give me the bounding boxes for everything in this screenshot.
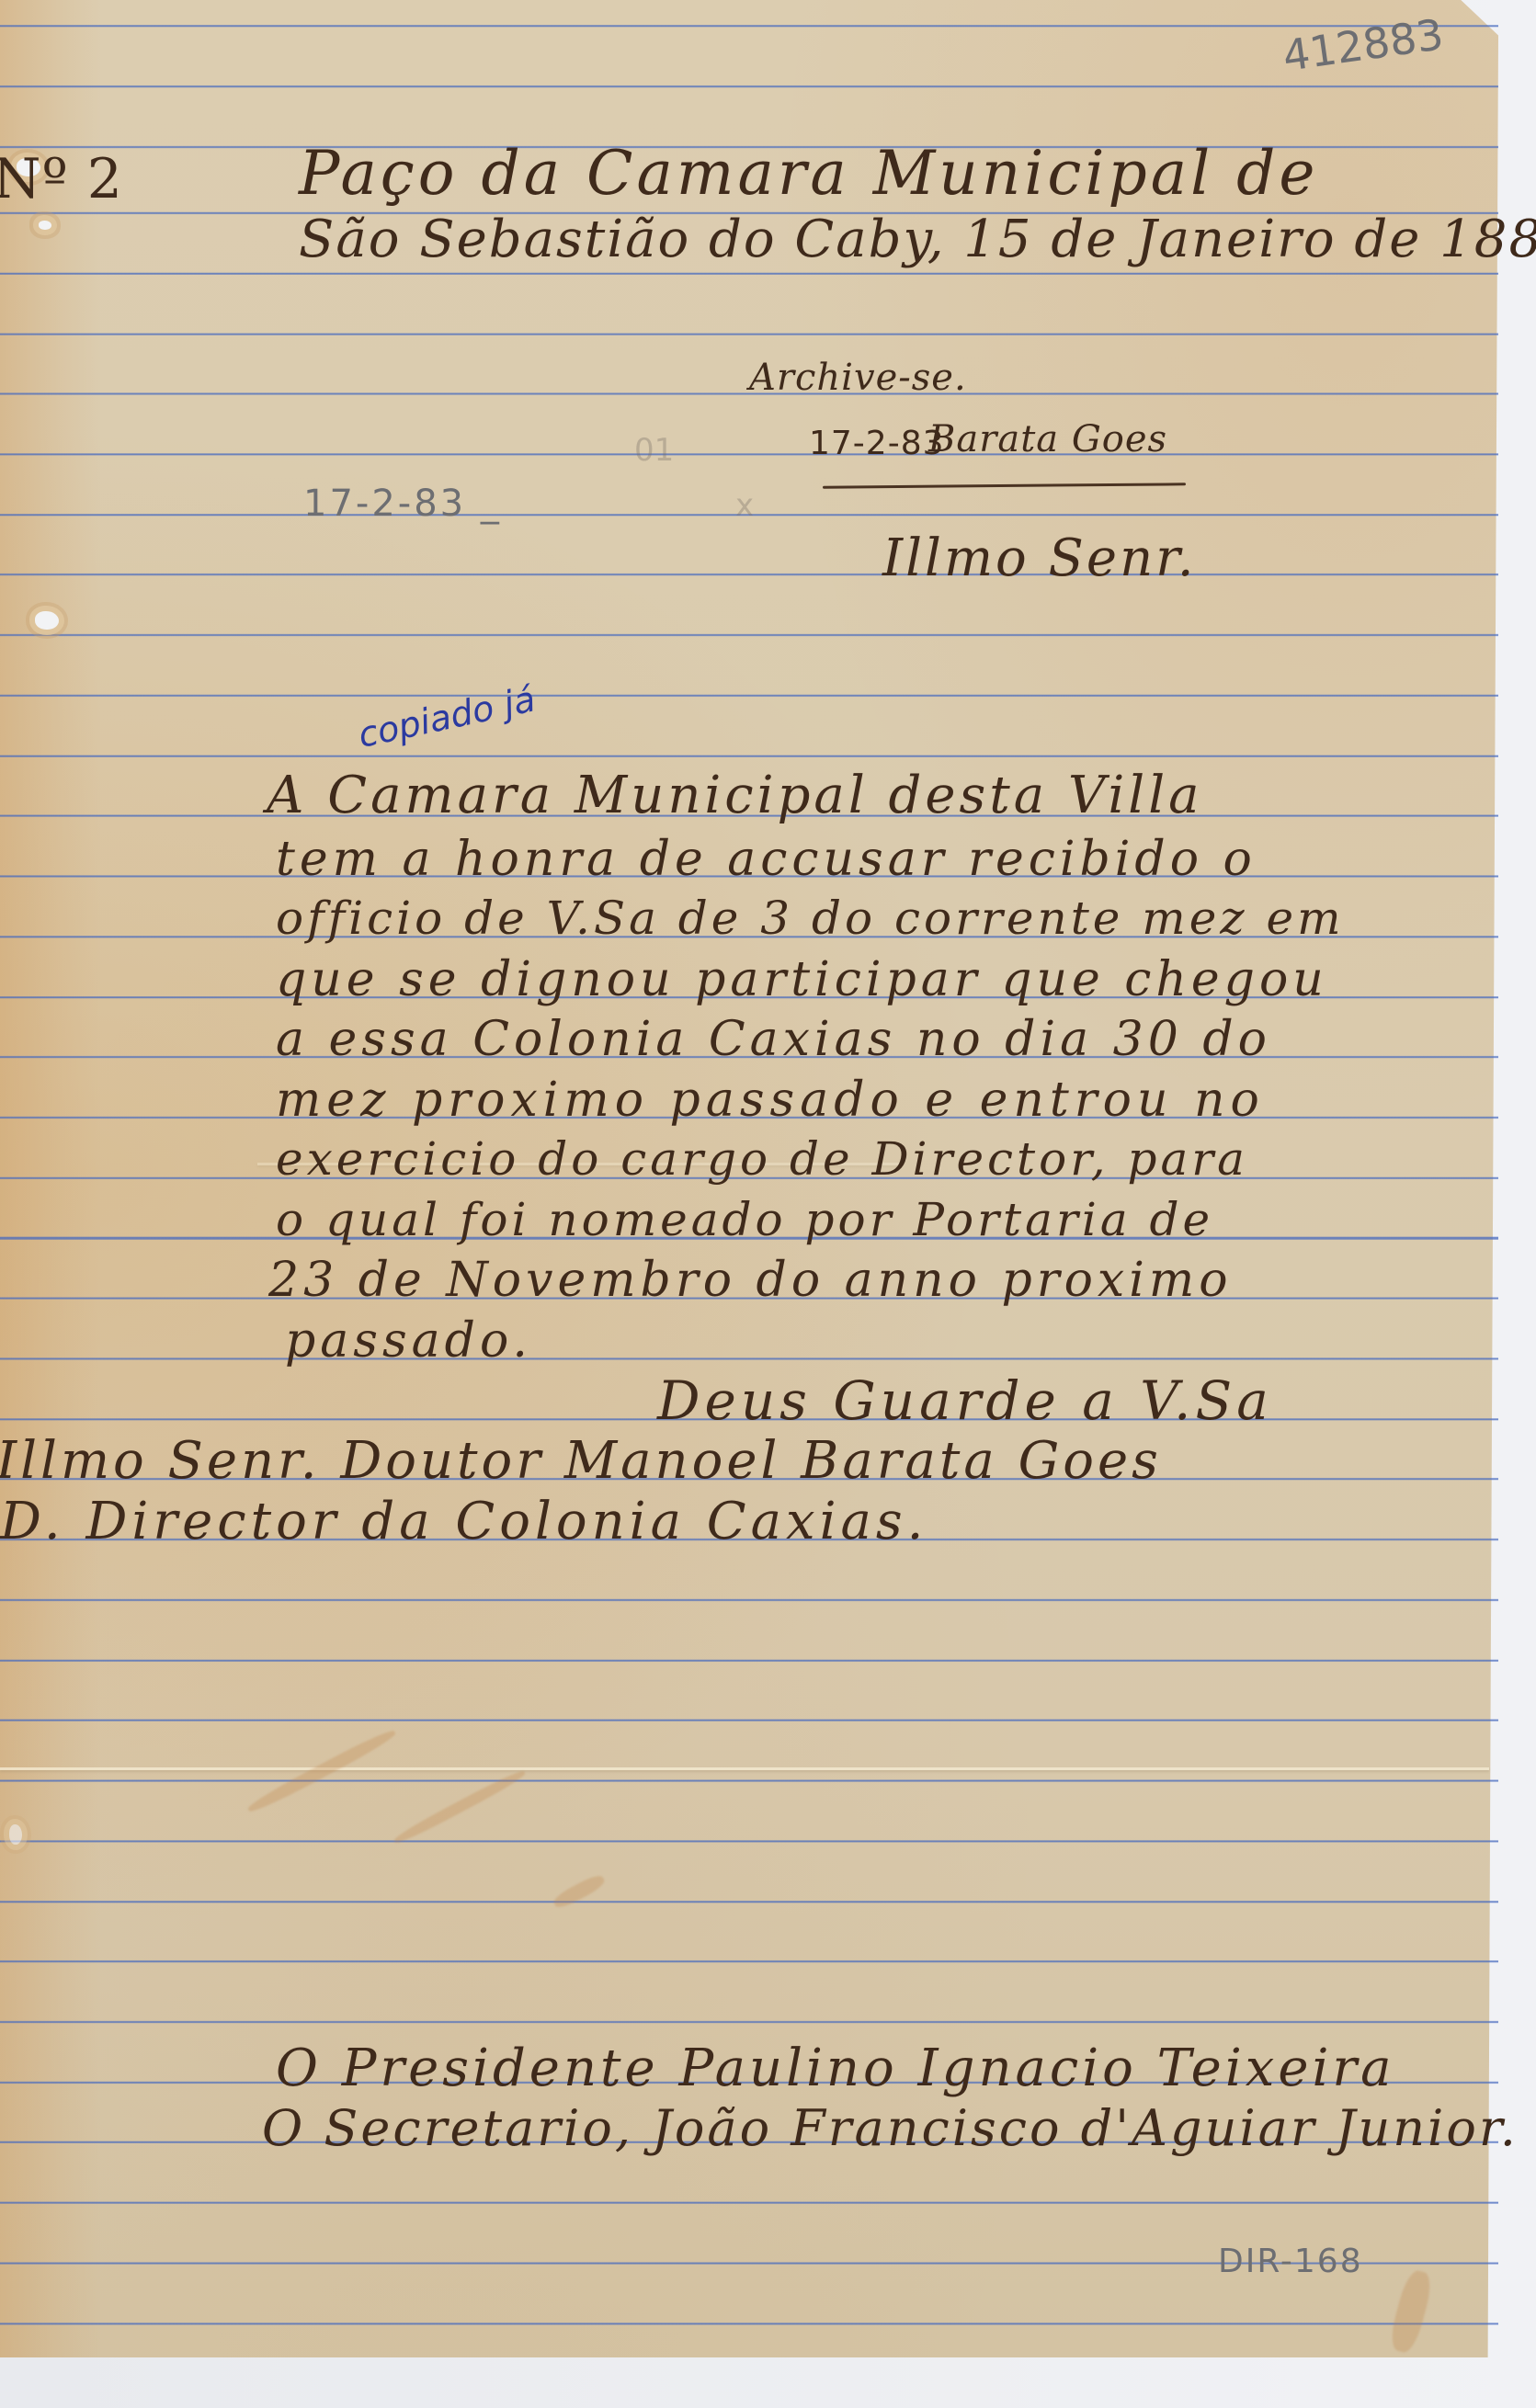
closing: Deus Guarde a V.Sa	[657, 1369, 1273, 1432]
body-line: passado.	[285, 1313, 532, 1369]
body-line: 23 de Novembro do anno proximo	[268, 1253, 1233, 1308]
punch-hole-lower	[9, 1824, 22, 1845]
body-line: tem a honra de accusar recibido o	[276, 832, 1257, 887]
dispatch-order: Archive-se.	[749, 357, 967, 399]
body-line: A Camara Municipal desta Villa	[267, 766, 1203, 825]
punch-hole-small	[39, 221, 51, 230]
heading-line-1: Paço da Camara Municipal de	[299, 138, 1318, 209]
body-line: que se dignou participar que chegou	[276, 952, 1328, 1007]
secretary-signature: O Secretario, João Francisco d'Aguiar Ju…	[262, 2099, 1519, 2157]
addressee-line-2: D. Director da Colonia Caxias.	[0, 1492, 927, 1551]
president-signature: O Presidente Paulino Ignacio Teixeira	[276, 2039, 1395, 2098]
dispatch-date: 17-2-83	[809, 425, 945, 462]
dispatch-signature: Barata Goes	[928, 418, 1167, 460]
body-line: a essa Colonia Caxias no dia 30 do	[276, 1012, 1271, 1067]
body-line: officio de V.Sa de 3 do corrente mez em	[276, 892, 1345, 945]
heading-line-2: São Sebastião do Caby, 15 de Janeiro de …	[299, 210, 1536, 269]
addressee-line-1: Illmo Senr. Doutor Manoel Barata Goes	[0, 1431, 1162, 1491]
body-line: o qual foi nomeado por Portaria de	[276, 1193, 1213, 1246]
punch-hole-middle	[35, 611, 59, 630]
document-number: Nº 2	[0, 147, 123, 211]
body-line: exercicio do cargo de Director, para	[276, 1132, 1248, 1186]
salutation: Illmo Senr.	[882, 528, 1197, 588]
reference-code: DIR-168	[1218, 2243, 1363, 2280]
faint-mark: 01	[634, 432, 674, 469]
body-line: mez proximo passado e entrou no	[276, 1073, 1265, 1128]
faint-mark: x	[735, 487, 754, 524]
paper-fold-crease	[0, 1767, 1489, 1770]
pencil-date: 17-2-83 _	[303, 483, 502, 525]
